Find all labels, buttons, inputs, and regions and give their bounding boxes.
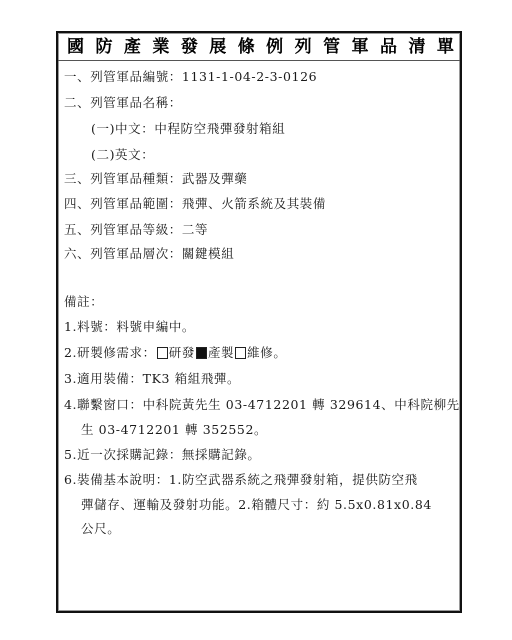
item-name-english-row: (二)英文：: [91, 146, 154, 164]
item-scope-label: 四、列管軍品範圍：: [64, 196, 182, 211]
title-char: 清: [408, 33, 425, 61]
remark-description-line2: 彈儲存、運輸及發射功能。2.箱體尺寸：約 5.5x0.81x0.84: [81, 496, 432, 514]
item-level-label: 六、列管軍品層次：: [64, 246, 182, 261]
item-grade-row: 五、列管軍品等級：二等: [64, 221, 208, 239]
item-grade-label: 五、列管軍品等級：: [64, 222, 182, 237]
title-char: 國: [67, 33, 84, 61]
item-name-chinese-row: (一)中文：中程防空飛彈發射箱組: [91, 120, 285, 138]
item-number-value: 1131-1-04-2-3-0126: [182, 69, 317, 84]
option-maintenance-label: 維修: [247, 345, 273, 360]
title-char: 管: [323, 33, 340, 61]
item-scope-value: 飛彈、火箭系統及其裝備: [182, 196, 326, 211]
checkbox-production-checked-icon: [196, 347, 207, 359]
checkbox-maintenance-unchecked-icon: [235, 347, 246, 359]
option-production-label: 產製: [208, 345, 234, 360]
title-char: 條: [238, 33, 255, 61]
title-char: 防: [95, 33, 112, 61]
development-need-label: 2.研製修需求：: [64, 345, 156, 360]
remark-applicable-equipment: 3.適用裝備：TK3 箱組飛彈。: [64, 370, 240, 388]
document-title: 國 防 產 業 發 展 條 例 列 管 軍 品 清 單: [58, 33, 460, 61]
title-char: 業: [152, 33, 169, 61]
checkbox-research-unchecked-icon: [157, 347, 168, 359]
remarks-heading: 備註：: [64, 293, 103, 311]
remark-description-line3: 公尺。: [81, 520, 120, 538]
remark-contact-line1: 4.聯繫窗口：中科院黃先生 03-4712201 轉 329614、中科院柳先: [64, 396, 460, 414]
remark-description-line1: 6.裝備基本說明：1.防空武器系統之飛彈發射箱，提供防空飛: [64, 471, 418, 489]
chinese-name-value: 中程防空飛彈發射箱組: [154, 121, 285, 136]
military-item-list-sheet: 國 防 產 業 發 展 條 例 列 管 軍 品 清 單 一、列管軍品編號：113…: [56, 31, 462, 613]
remark-procurement-record: 5.近一次採購記錄：無採購記錄。: [64, 446, 261, 464]
item-level-row: 六、列管軍品層次：關鍵模組: [64, 245, 234, 263]
title-char: 例: [266, 33, 283, 61]
title-char: 產: [124, 33, 141, 61]
title-char: 單: [437, 33, 454, 61]
title-char: 品: [380, 33, 397, 61]
item-category-row: 三、列管軍品種類：武器及彈藥: [64, 170, 247, 188]
title-char: 展: [209, 33, 226, 61]
title-char: 列: [295, 33, 312, 61]
item-number-label: 一、列管軍品編號：: [64, 69, 182, 84]
item-category-value: 武器及彈藥: [182, 171, 248, 186]
option-research-label: 研發: [169, 345, 195, 360]
item-scope-row: 四、列管軍品範圍：飛彈、火箭系統及其裝備: [64, 195, 326, 213]
english-name-label: (二)英文：: [91, 147, 154, 162]
item-category-label: 三、列管軍品種類：: [64, 171, 182, 186]
item-name-label: 二、列管軍品名稱：: [64, 95, 182, 110]
development-need-suffix: 。: [273, 345, 286, 360]
title-char: 發: [181, 33, 198, 61]
item-name-row: 二、列管軍品名稱：: [64, 94, 182, 112]
title-char: 軍: [352, 33, 369, 61]
chinese-name-label: (一)中文：: [91, 121, 154, 136]
remark-contact-line2: 生 03-4712201 轉 352552。: [81, 421, 267, 439]
item-number-row: 一、列管軍品編號：1131-1-04-2-3-0126: [64, 68, 317, 86]
item-grade-value: 二等: [182, 222, 208, 237]
remark-part-number: 1.料號：料號申編中。: [64, 318, 195, 336]
remark-development-need: 2.研製修需求：研發產製維修。: [64, 344, 286, 362]
item-level-value: 關鍵模組: [182, 246, 234, 261]
